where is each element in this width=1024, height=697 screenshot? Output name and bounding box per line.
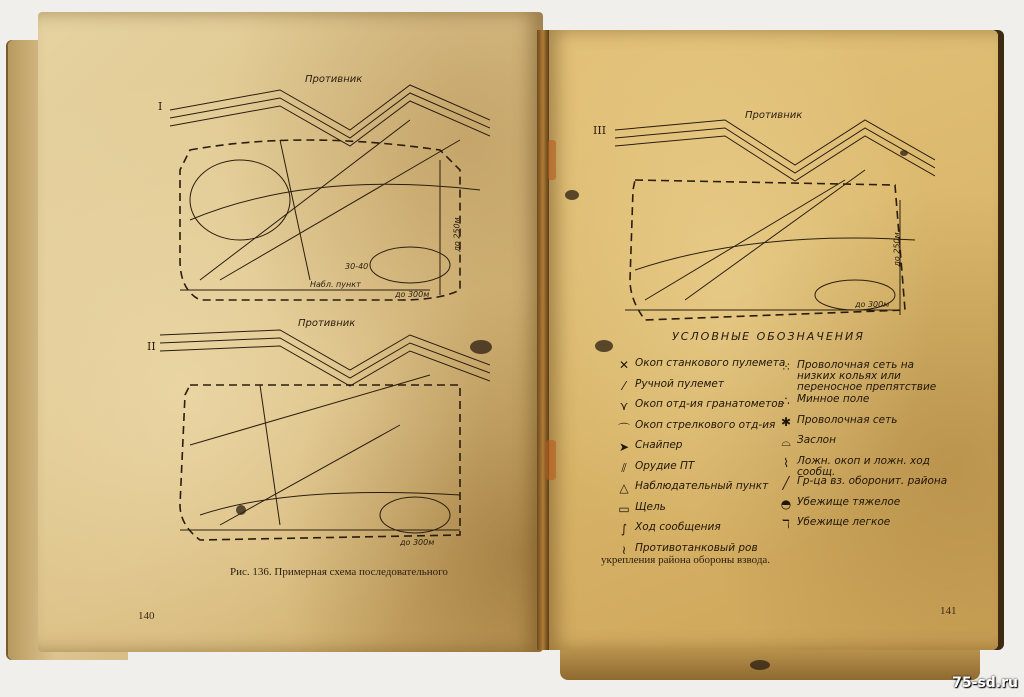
figure-caption: Рис. 136. Примерная схема последовательн…: [230, 566, 448, 578]
legend-right-column: ⁙Проволочная сеть на низких кольях или п…: [775, 360, 950, 538]
depth-dimension: до 250м: [453, 217, 462, 251]
defense-diagram-1: [160, 80, 490, 305]
diagram-drawing: [160, 80, 490, 305]
legend-item: ◓Убежище тяжелое: [775, 497, 950, 518]
minefield-icon: ∴: [775, 394, 797, 408]
legend-item: ⁙Проволочная сеть на низких кольях или п…: [775, 360, 950, 394]
depth-dimension: до 250м: [893, 232, 902, 266]
slit-trench-icon: ▭: [613, 502, 635, 516]
platoon-boundary-icon: ╱: [775, 476, 797, 490]
light-shelter-icon: ℸ: [775, 517, 797, 531]
width-dimension: до 300м: [395, 290, 429, 299]
stain: [750, 660, 770, 670]
machine-gun-trench-icon: ✕: [613, 358, 635, 372]
communication-trench-icon: ∫: [613, 522, 635, 536]
legend-item: ⌓Заслон: [775, 435, 950, 456]
legend-item: ╱Гр-ца вз. оборонит. района: [775, 476, 950, 497]
sniper-icon: ➤: [613, 440, 635, 454]
book-spine: [537, 30, 549, 650]
defense-diagram-3: [605, 110, 935, 325]
width-dimension: до 300м: [855, 300, 889, 309]
rifle-squad-trench-icon: ⌒: [613, 420, 635, 437]
legend-item: ℸУбежище легкое: [775, 517, 950, 538]
light-machine-gun-icon: ⁄: [613, 379, 635, 393]
diagram-label: II: [147, 340, 156, 353]
stain: [546, 440, 556, 480]
stain: [565, 190, 579, 200]
observation-post-icon: △: [613, 481, 635, 495]
figure-caption-continued: укрепления района обороны взвода.: [601, 554, 770, 566]
page-number-right: 141: [940, 605, 957, 617]
dummy-trench-icon: ⌇: [775, 456, 797, 470]
stain: [595, 340, 613, 352]
anti-tank-gun-icon: ⫽: [613, 461, 635, 476]
legend-title: УСЛОВНЫЕ ОБОЗНАЧЕНИЯ: [672, 330, 865, 343]
legend-item: ✱Проволочная сеть: [775, 415, 950, 436]
page-number-left: 140: [138, 610, 155, 622]
heavy-shelter-icon: ◓: [775, 497, 797, 511]
legend-item: ⌇Ложн. окоп и ложн. ход сообщ.: [775, 456, 950, 477]
watermark: 75-sd.ru: [952, 675, 1018, 691]
open-book: I Противник Набл. пункт до 300м до 250м …: [0, 0, 1024, 697]
stain: [548, 140, 556, 180]
legend-item: ∴Минное поле: [775, 394, 950, 415]
observation-point-label: Набл. пункт: [310, 280, 361, 289]
low-wire-obstacle-icon: ⁙: [775, 360, 797, 374]
contour-label: 30-40: [345, 262, 368, 271]
grenade-launcher-trench-icon: ⋎: [613, 399, 635, 413]
width-dimension: до 300м: [400, 538, 434, 547]
right-page-bottom-edge: [560, 650, 980, 680]
defense-diagram-2: [160, 325, 490, 550]
screen-icon: ⌓: [775, 435, 797, 450]
wire-net-icon: ✱: [775, 415, 797, 429]
